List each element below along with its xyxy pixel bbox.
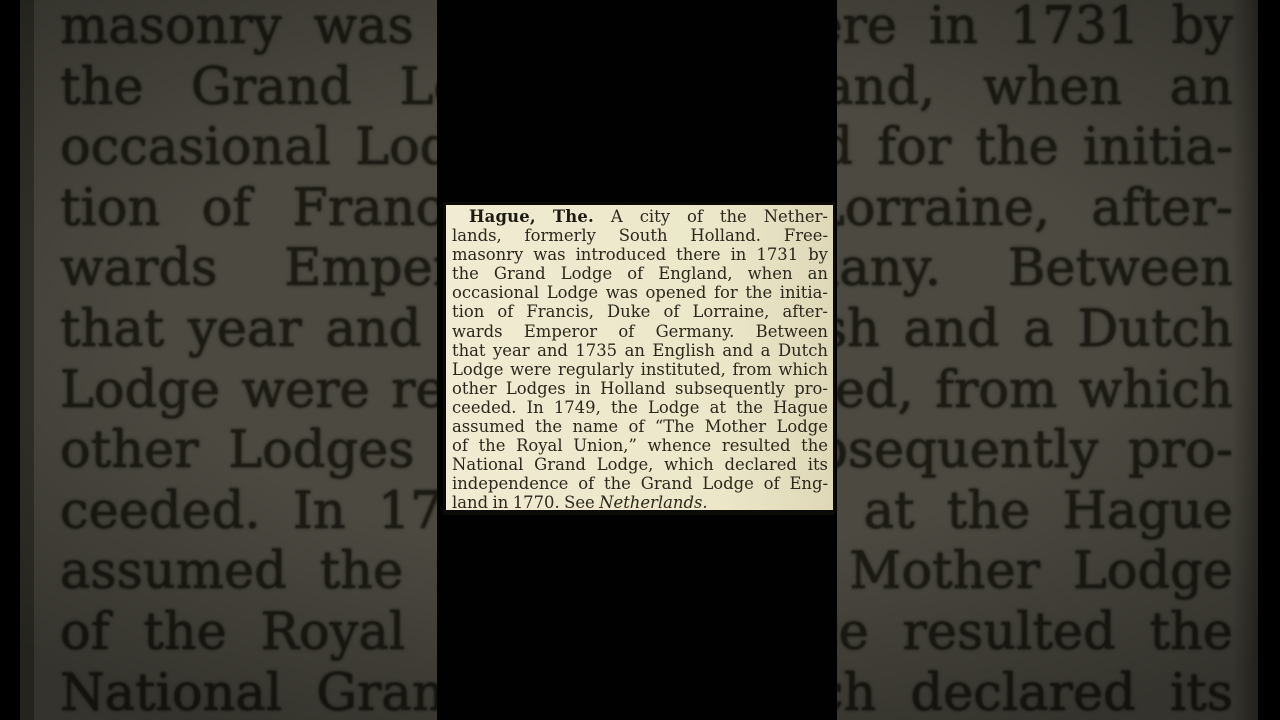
word: the: [479, 436, 506, 455]
word: Between: [756, 322, 828, 341]
word: regularly: [558, 360, 634, 379]
entry-text: Hague,The.AcityoftheNether-lands,formerl…: [446, 205, 833, 513]
word: land: [452, 493, 488, 512]
word: Francis,: [526, 302, 594, 321]
word: independence: [452, 474, 568, 493]
word: of: [628, 417, 644, 436]
word: after-: [782, 302, 828, 321]
entry-line-9: Lodgewereregularlyinstituted,fromwhich: [452, 360, 828, 379]
word: was: [533, 245, 565, 264]
word: Grand: [534, 455, 586, 474]
word: Lodge: [547, 283, 598, 302]
word: the: [736, 398, 763, 417]
word: Royal: [516, 436, 562, 455]
word: Lodge: [702, 474, 753, 493]
word: subsequently: [675, 379, 785, 398]
word: of: [663, 302, 679, 321]
word: 1749,: [554, 398, 601, 417]
word: formerly: [525, 226, 596, 245]
word: that: [452, 341, 486, 360]
word: In: [527, 398, 544, 417]
word: Lodge: [452, 360, 503, 379]
word: ceeded.: [452, 398, 516, 417]
word: its: [808, 455, 828, 474]
word: pro-: [794, 379, 828, 398]
word: and: [537, 341, 568, 360]
entry-line-16: landin1770.SeeNetherlands.: [452, 493, 828, 512]
entry-line-8: thatyearand1735anEnglishandaDutch: [452, 341, 828, 360]
word: assumed: [452, 417, 525, 436]
word: an: [625, 341, 645, 360]
word: which: [778, 360, 828, 379]
word: English: [652, 341, 714, 360]
word: Mother: [705, 417, 766, 436]
word: a: [761, 341, 771, 360]
word: National: [452, 455, 523, 474]
word: tion: [452, 302, 484, 321]
word: of: [497, 302, 513, 321]
word: Nether-: [764, 207, 828, 226]
word: other: [452, 379, 497, 398]
word: Dutch: [778, 341, 828, 360]
word: Hague,: [469, 207, 536, 226]
word: in: [731, 245, 747, 264]
video-frame: masonrywasintroducedtherein1731bytheGran…: [0, 0, 1280, 720]
word: name: [573, 417, 619, 436]
word: Lodges: [506, 379, 566, 398]
word: Duke: [607, 302, 650, 321]
word: the: [720, 207, 747, 226]
word: Germany.: [656, 322, 735, 341]
word: the: [611, 398, 638, 417]
word: 1735: [575, 341, 617, 360]
entry-card: Hague,The.AcityoftheNether-lands,formerl…: [443, 202, 835, 515]
word: Emperor: [524, 322, 597, 341]
word: Eng-: [789, 474, 828, 493]
entry-line-7: wardsEmperorofGermany.Between: [452, 322, 828, 341]
word: initia-: [780, 283, 828, 302]
word: the: [452, 264, 479, 283]
word: introduced: [576, 245, 667, 264]
word: city: [640, 207, 670, 226]
word: in: [493, 493, 509, 512]
word: wards: [452, 322, 503, 341]
entry-line-3: masonrywasintroducedtherein1731by: [452, 245, 828, 264]
entry-line-2: lands,formerlySouthHolland.Free-: [452, 226, 828, 245]
word: 1770.: [513, 493, 560, 512]
word: of: [618, 322, 634, 341]
word: Netherlands.: [599, 493, 707, 512]
word: from: [732, 360, 771, 379]
entry-line-14: NationalGrandLodge,whichdeclaredits: [452, 455, 828, 474]
word: 1731: [756, 245, 798, 264]
word: of: [578, 474, 594, 493]
word: there: [676, 245, 720, 264]
entry-line-1: Hague,The.AcityoftheNether-: [452, 207, 828, 226]
word: Lodge: [777, 417, 828, 436]
word: of: [452, 436, 468, 455]
word: masonry: [452, 245, 523, 264]
word: Lodge: [648, 398, 699, 417]
word: were: [510, 360, 551, 379]
word: of: [764, 474, 780, 493]
word: instituted,: [641, 360, 726, 379]
word: Free-: [784, 226, 828, 245]
word: when: [748, 264, 793, 283]
entry-line-10: otherLodgesinHollandsubsequentlypro-: [452, 379, 828, 398]
entry-line-15: independenceoftheGrandLodgeofEng-: [452, 474, 828, 493]
entry-line-13: oftheRoyalUnion,”whenceresultedthe: [452, 436, 828, 455]
word: the: [604, 474, 631, 493]
word: England,: [658, 264, 732, 283]
word: of: [627, 264, 643, 283]
word: the: [801, 436, 828, 455]
word: an: [808, 264, 828, 283]
word: whence: [648, 436, 712, 455]
word: opened: [646, 283, 707, 302]
word: year: [493, 341, 530, 360]
word: “The: [655, 417, 695, 436]
entry-line-4: theGrandLodgeofEngland,whenan: [452, 264, 828, 283]
word: Holland: [600, 379, 665, 398]
word: at: [710, 398, 726, 417]
word: occasional: [452, 283, 539, 302]
word: the: [535, 417, 562, 436]
word: South: [619, 226, 668, 245]
word: which: [664, 455, 714, 474]
entry-line-12: assumedthenameof“TheMotherLodge: [452, 417, 828, 436]
word: by: [808, 245, 828, 264]
word: Grand: [641, 474, 693, 493]
word: Lodge,: [597, 455, 654, 474]
letterbox-right: [1258, 0, 1280, 720]
word: resulted: [722, 436, 791, 455]
word: Lodge: [561, 264, 612, 283]
word: was: [606, 283, 638, 302]
word: The.: [553, 207, 594, 226]
word: A: [611, 207, 623, 226]
entry-line-11: ceeded.In1749,theLodgeattheHague: [452, 398, 828, 417]
word: of: [687, 207, 703, 226]
word: declared: [725, 455, 797, 474]
word: lands,: [452, 226, 502, 245]
word: and: [722, 341, 753, 360]
entry-line-6: tionofFrancis,DukeofLorraine,after-: [452, 302, 828, 321]
word: for: [714, 283, 738, 302]
word: Holland.: [690, 226, 761, 245]
word: Grand: [494, 264, 546, 283]
entry-line-5: occasionalLodgewasopenedfortheinitia-: [452, 283, 828, 302]
letterbox-left: [0, 0, 20, 720]
word: Hague: [773, 398, 828, 417]
word: in: [575, 379, 591, 398]
word: Union,”: [573, 436, 637, 455]
word: the: [745, 283, 772, 302]
word: Lorraine,: [692, 302, 769, 321]
word: See: [564, 493, 595, 512]
